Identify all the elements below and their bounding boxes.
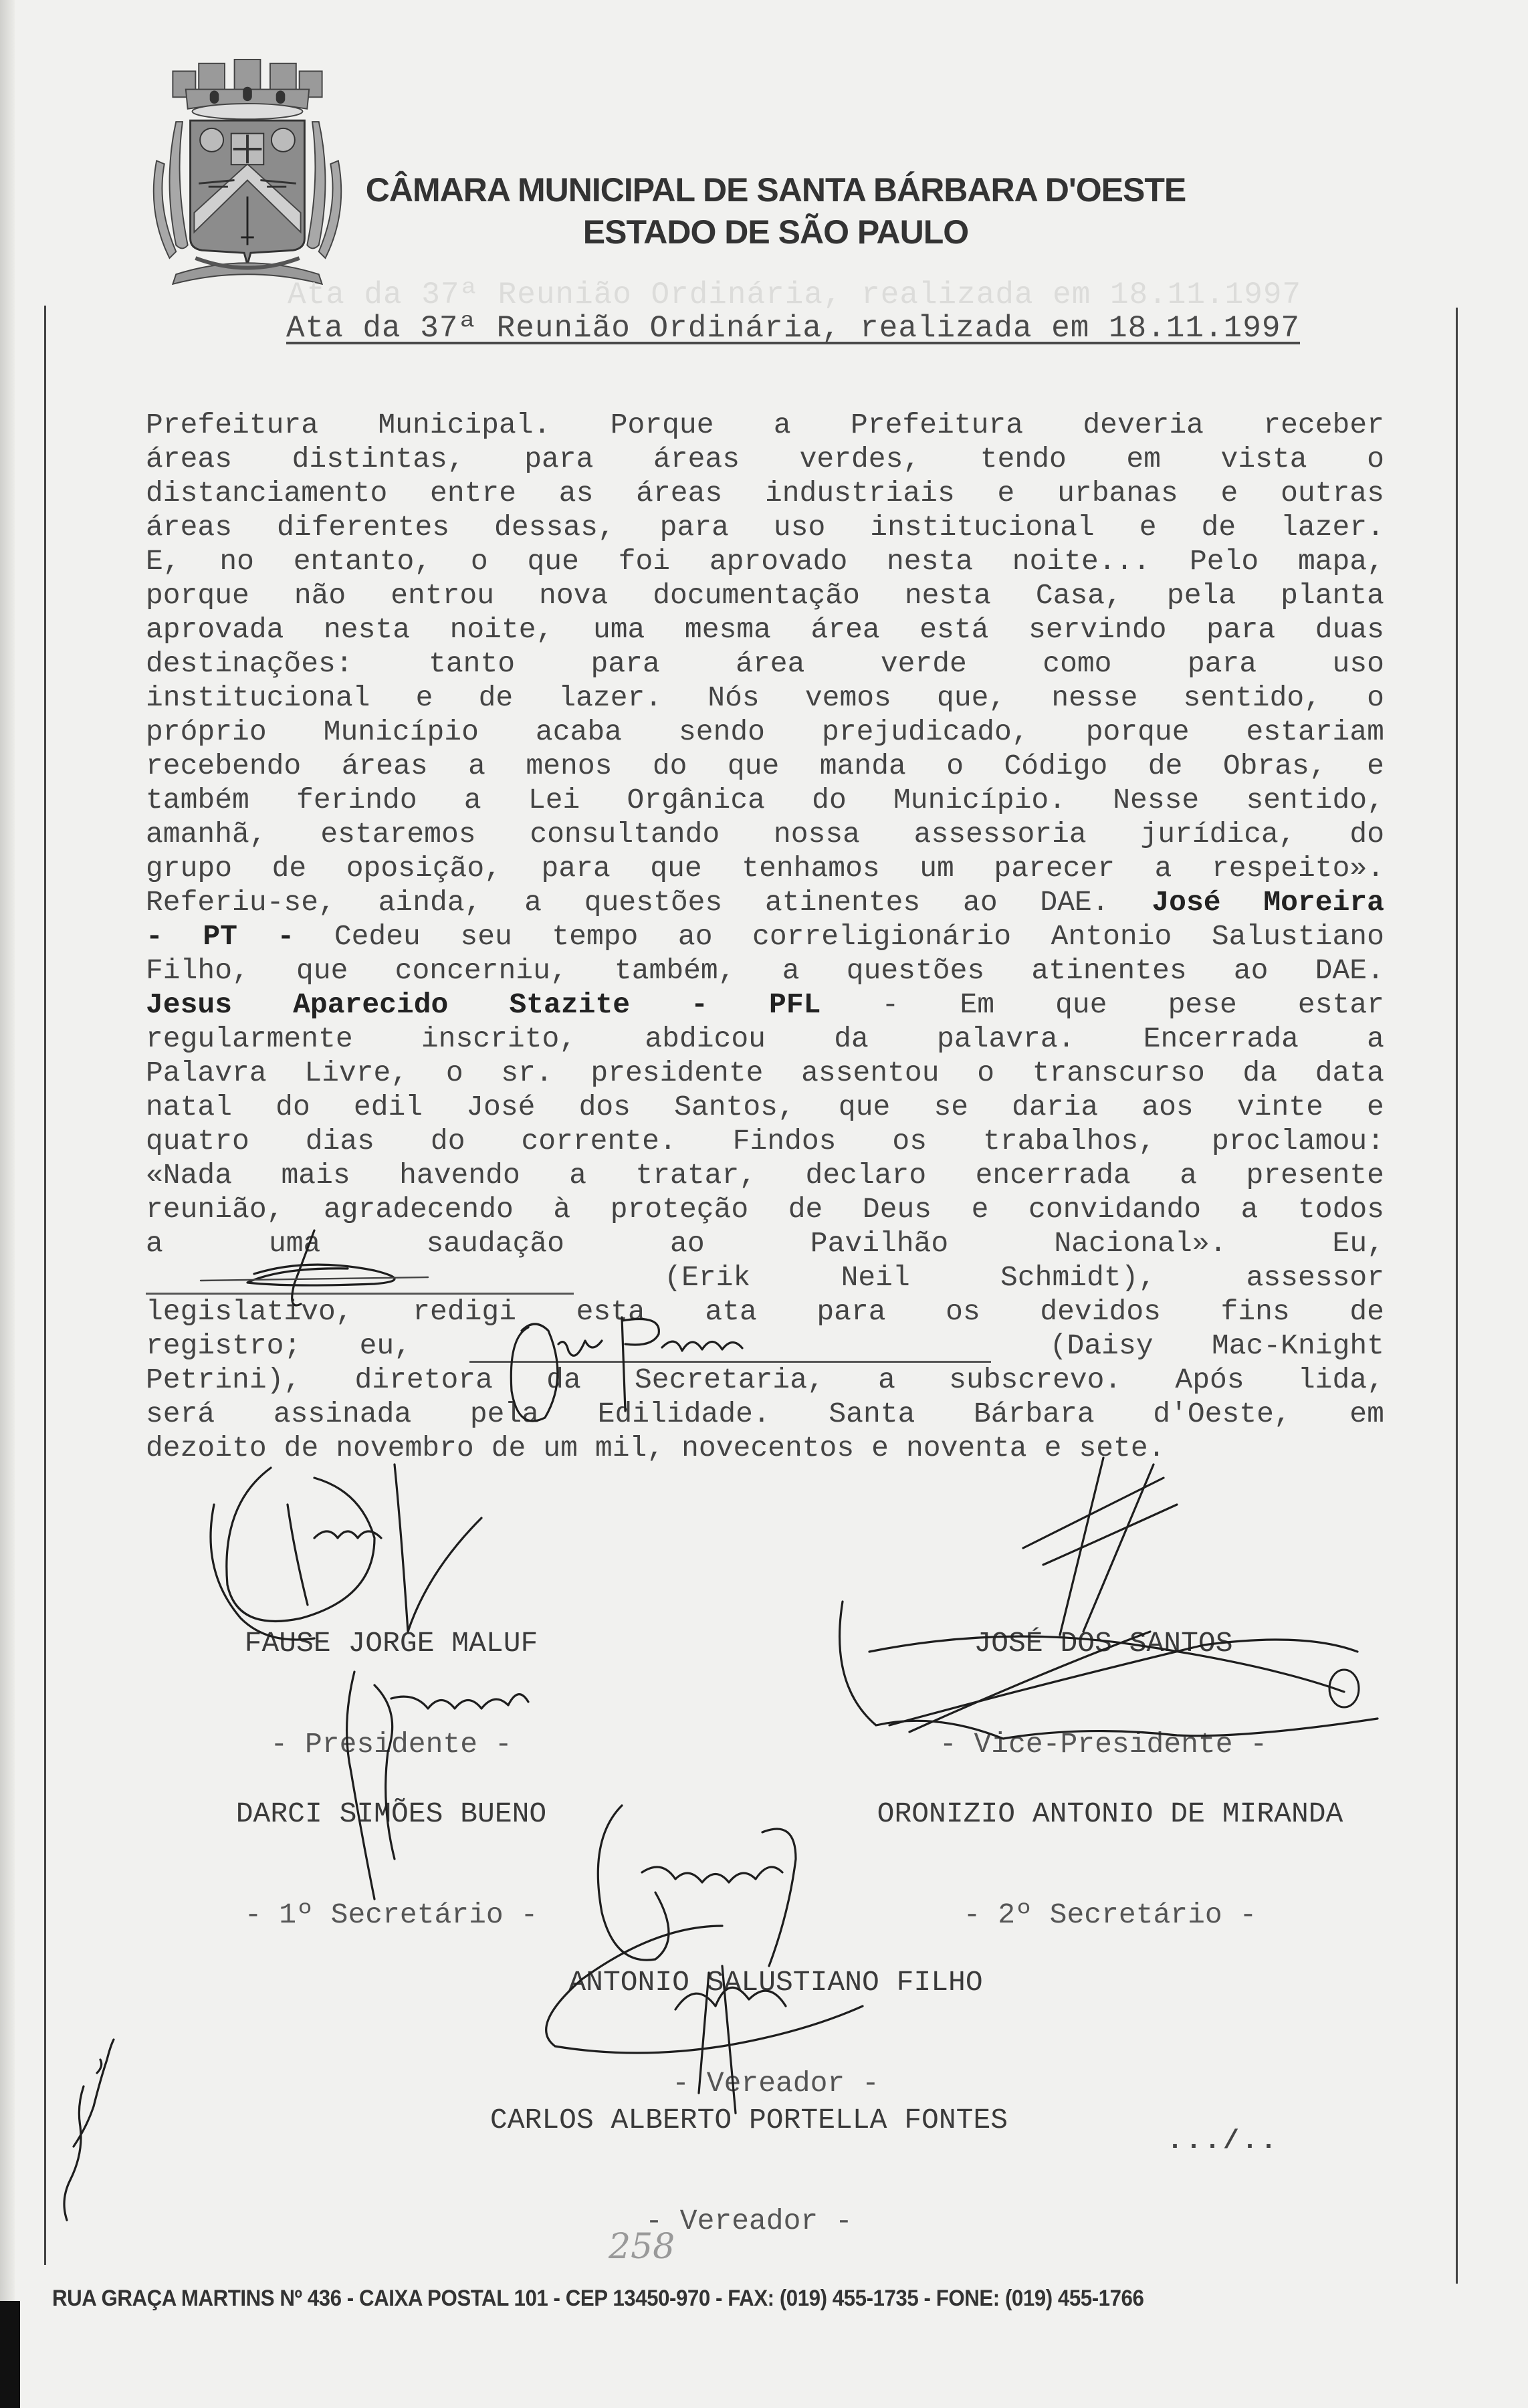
body-line: PalavraLivre,osr.presidenteassentouotran…	[146, 1056, 1384, 1090]
body-line: legislativo,redigiestaataparaosdevidosfi…	[146, 1295, 1384, 1329]
speaker-name: Jesus	[146, 988, 232, 1022]
body-line: regularmenteinscrito,abdicoudapalavra.En…	[146, 1022, 1384, 1056]
body-line: (ErikNeilSchmidt),assessor	[146, 1261, 1384, 1295]
minutes-body: PrefeituraMunicipal.PorqueaPrefeituradev…	[146, 408, 1384, 1465]
body-line: nataldoedilJosédosSantos,quesedariaaosvi…	[146, 1090, 1384, 1124]
signatory-name: CARLOS ALBERTO PORTELLA FONTES	[401, 2104, 1097, 2137]
signature-line	[469, 1329, 991, 1363]
speaker-name: Moreira	[1263, 885, 1384, 919]
body-line: porquenãoentrounovadocumentaçãonestaCasa…	[146, 578, 1384, 613]
signatory-name: ORONIZIO ANTONIO DE MIRANDA	[826, 1797, 1394, 1830]
body-line: quatrodiasdocorrente.Findosostrabalhos,p…	[146, 1124, 1384, 1158]
body-line: PrefeituraMunicipal.PorqueaPrefeituradev…	[146, 408, 1384, 442]
address-footer: RUA GRAÇA MARTINS Nº 436 - CAIXA POSTAL …	[52, 2286, 1143, 2312]
bleed-through-title: Ata da 37ª Reunião Ordinária, realizada …	[288, 278, 1301, 312]
body-line: -PT-CedeuseutempoaocorreligionárioAntoni…	[146, 919, 1384, 954]
continuation-mark: .../..	[1167, 2126, 1279, 2157]
body-line: JesusAparecidoStazite-PFL-Emquepeseestar	[146, 988, 1384, 1022]
signatory-name: JOSÉ DOS SANTOS	[869, 1627, 1337, 1660]
body-line: Filho,queconcerniu,também,aquestõesatine…	[146, 954, 1384, 988]
minutes-title: Ata da 37ª Reunião Ordinária, realizada …	[286, 311, 1300, 346]
body-line: destinações:tantoparaáreaverdecomoparaus…	[146, 647, 1384, 681]
body-line: E,noentanto,oquefoiaprovadonestanoite...…	[146, 544, 1384, 578]
body-line: Petrini),diretoradaSecretaria,asubscrevo…	[146, 1363, 1384, 1397]
body-line: «Nadamaishavendoatratar,declaroencerrada…	[146, 1158, 1384, 1192]
body-line: registro;eu,(DaisyMac-Knight	[146, 1329, 1384, 1363]
body-line: amanhã,estaremosconsultandonossaassessor…	[146, 817, 1384, 851]
signatory-role: - Vereador -	[401, 2205, 1097, 2237]
body-line: distanciamentoentreasáreasindustriaiseur…	[146, 476, 1384, 510]
signatory-name: ANTONIO SALUSTIANO FILHO	[468, 1966, 1083, 1999]
page-edge-shadow	[0, 0, 15, 2408]
handwritten-page-number: 258	[609, 2227, 675, 2267]
frame-border-right	[1456, 308, 1458, 2284]
signature-line	[146, 1261, 574, 1295]
body-line: reunião,agradecendoàproteçãodeDeuseconvi…	[146, 1192, 1384, 1226]
institution-name: CÂMARA MUNICIPAL DE SANTA BÁRBARA D'OEST…	[130, 171, 1421, 209]
body-line: áreasdistintas,paraáreasverdes,tendoemvi…	[146, 442, 1384, 476]
signatory-councillor-2: CARLOS ALBERTO PORTELLA FONTES - Vereado…	[401, 2038, 1097, 2270]
scan-edge	[0, 2301, 20, 2408]
signatory-name: DARCI SIMÕES BUENO	[201, 1797, 582, 1830]
body-line: dezoitodenovembrodeummil,novecentosenove…	[146, 1431, 1384, 1465]
signatory-name: FAUSE JORGE MALUF	[154, 1627, 629, 1660]
speaker-name: PFL	[769, 988, 821, 1022]
body-line: seráassinadapelaEdilidade.SantaBárbarad'…	[146, 1397, 1384, 1431]
body-line: próprioMunicípioacabasendoprejudicado,po…	[146, 715, 1384, 749]
body-line: Referiu-se,ainda,aquestõesatinentesaoDAE…	[146, 885, 1384, 919]
body-line: recebendoáreasamenosdoquemandaoCódigodeO…	[146, 749, 1384, 783]
speaker-name: -	[691, 988, 708, 1022]
body-line: grupodeoposição,paraquetenhamosumparecer…	[146, 851, 1384, 885]
body-line: aprovadanestanoite,umamesmaáreaestáservi…	[146, 613, 1384, 647]
marginal-initials-icon	[64, 2040, 114, 2220]
speaker-name: Aparecido	[293, 988, 448, 1022]
state-name: ESTADO DE SÃO PAULO	[130, 213, 1421, 251]
body-line: aumasaudaçãoaoPavilhãoNacional».Eu,	[146, 1226, 1384, 1261]
body-line: áreasdiferentesdessas,parausoinstitucion…	[146, 510, 1384, 544]
speaker-name: José	[1152, 885, 1220, 919]
body-line: tambémferindoaLeiOrgânicadoMunicípio.Nes…	[146, 783, 1384, 817]
body-line: institucionaledelazer.Nósvemosque,nesses…	[146, 681, 1384, 715]
speaker-name: Stazite	[509, 988, 630, 1022]
frame-border-left	[44, 306, 46, 2265]
